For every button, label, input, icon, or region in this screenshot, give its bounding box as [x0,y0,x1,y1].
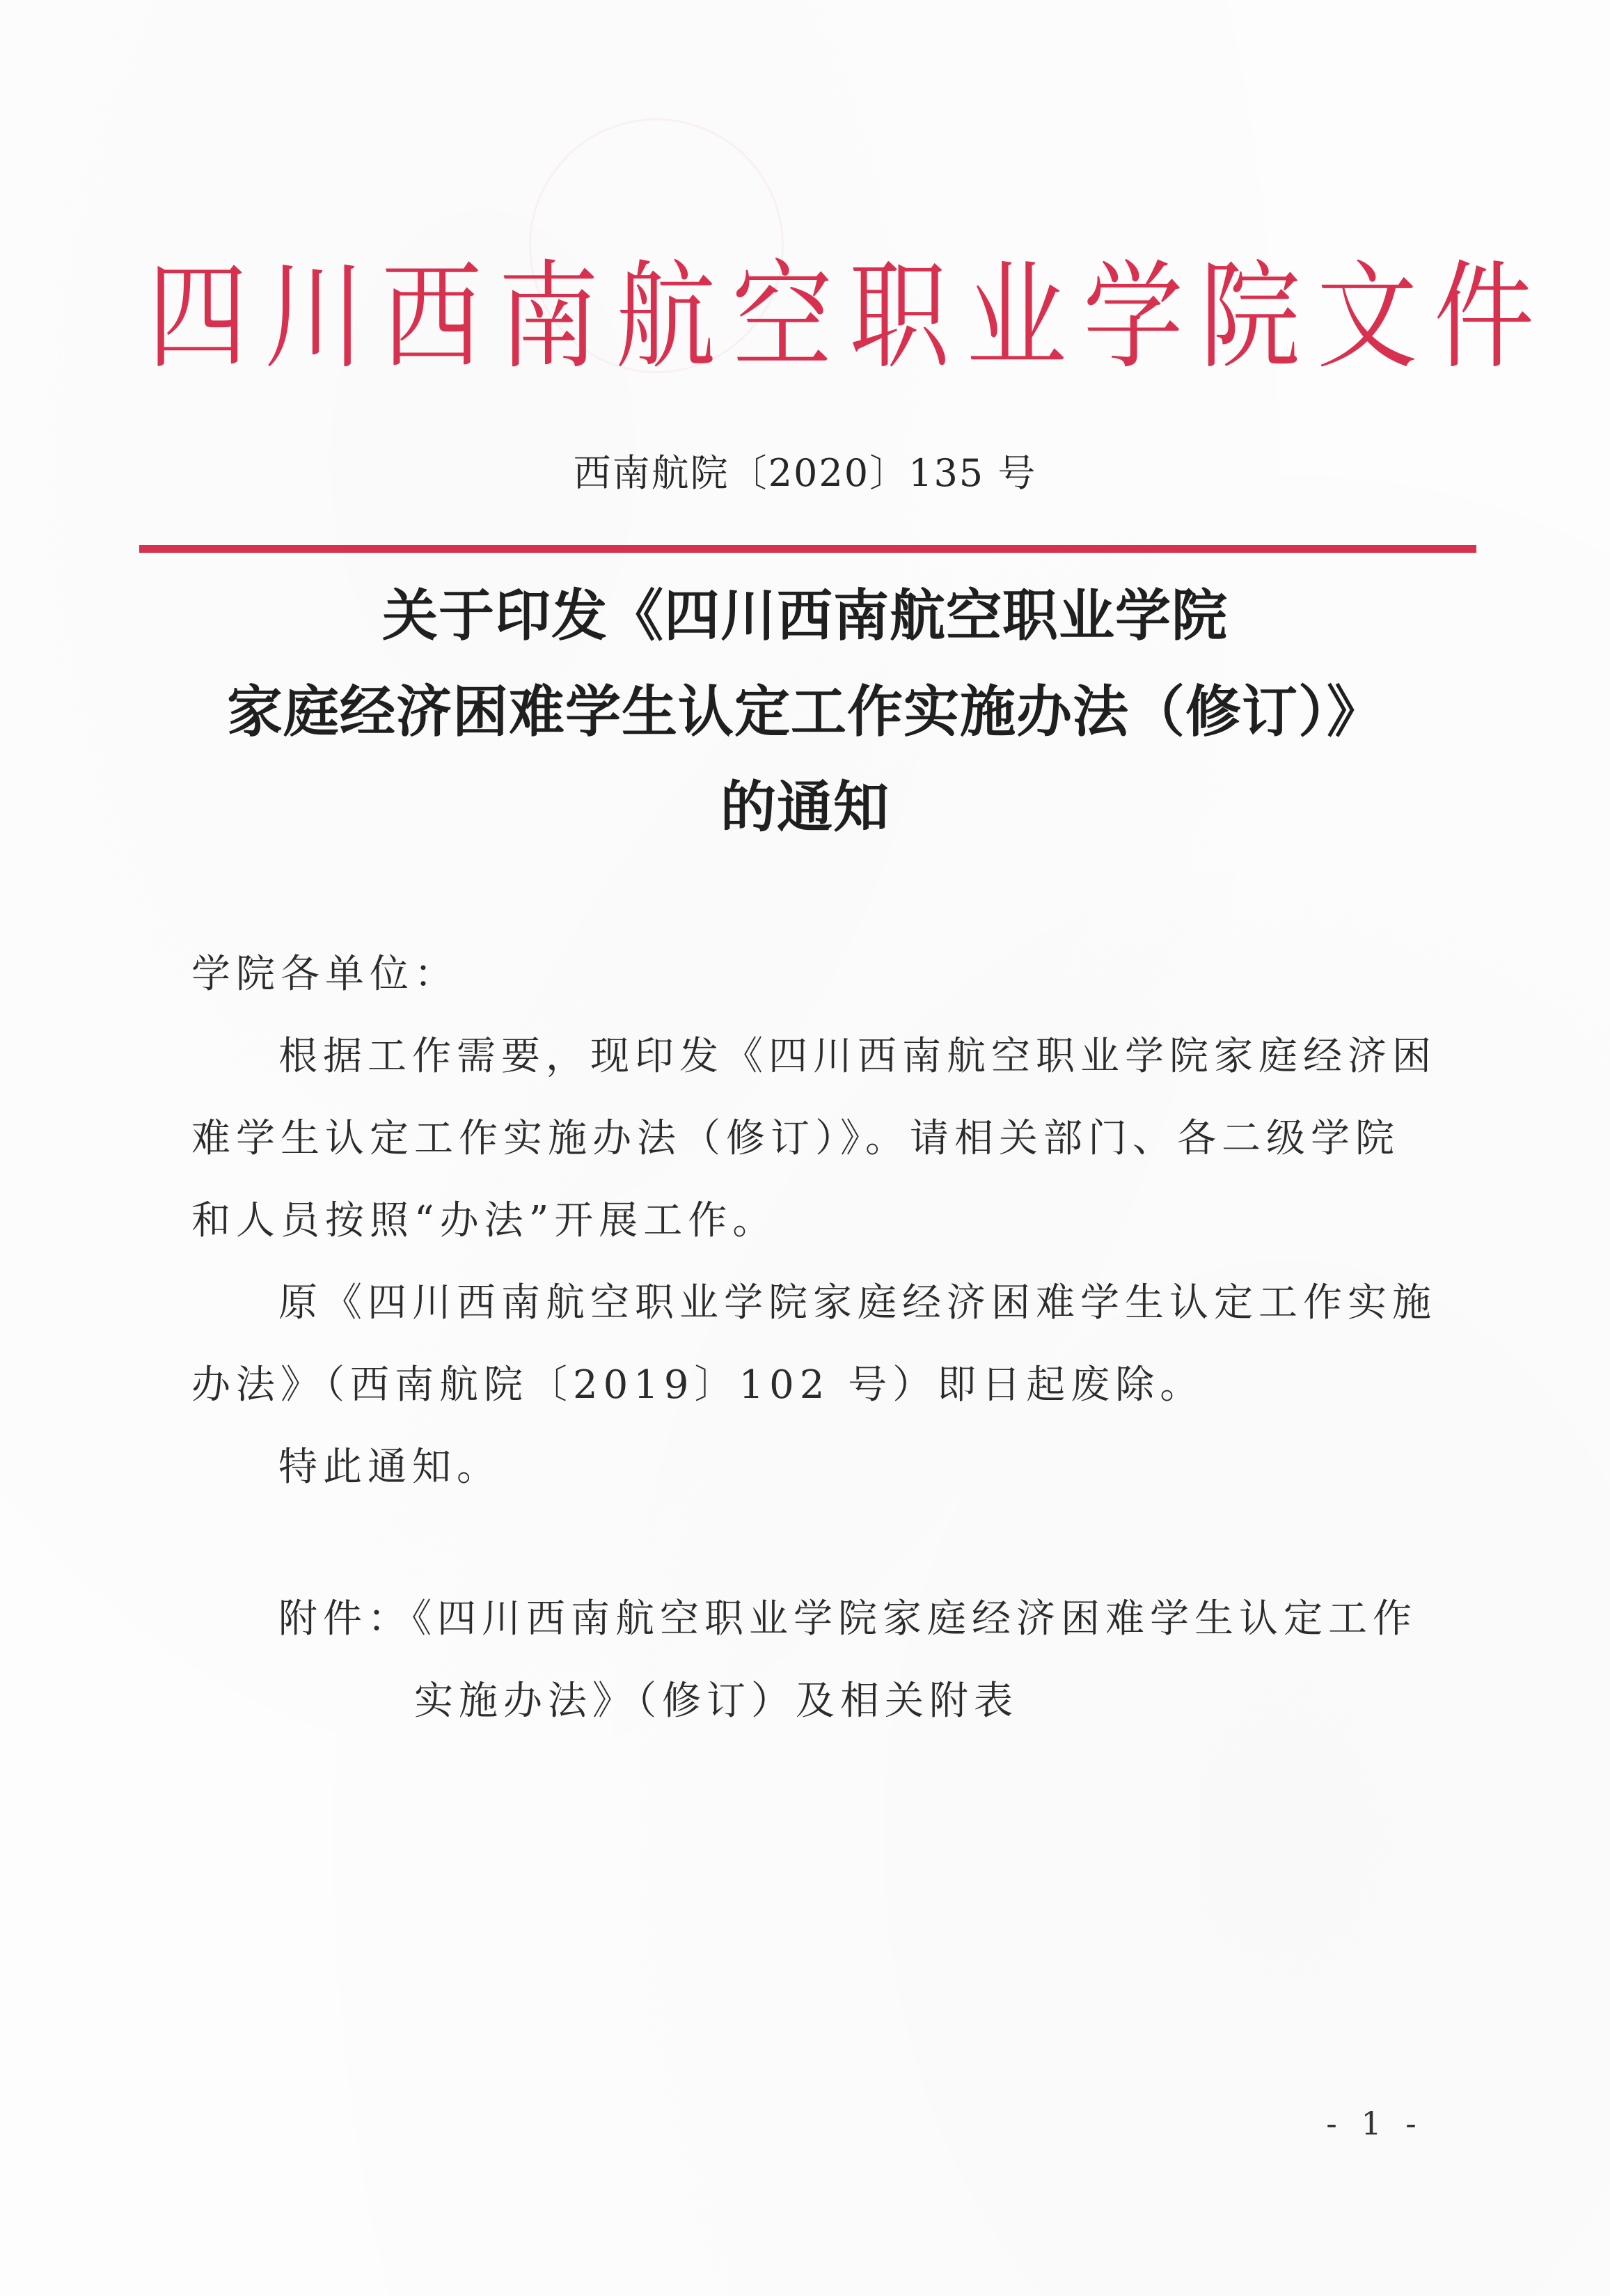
masthead-title: 四 川 西 南 航 空 职 业 学 院 文 件 [139,247,1479,386]
notice-title-line-1: 关于印发《四川西南航空职业学院 [0,578,1610,654]
masthead-char: 航 [615,247,716,386]
masthead-char: 职 [849,247,949,386]
masthead-char: 西 [381,247,482,386]
red-divider-rule [139,545,1476,553]
masthead-char: 文 [1317,247,1417,386]
masthead-char: 川 [265,247,365,386]
closing-line: 特此通知。 [278,1440,501,1495]
notice-title-line-2: 家庭经济困难学生认定工作实施办法（修订）》 [0,674,1610,750]
attachment-line-2: 实施办法》（修订）及相关附表 [414,1674,1018,1729]
notice-title-line-3: 的通知 [0,769,1610,846]
document-page: 四 川 西 南 航 空 职 业 学 院 文 件 西南航院〔2020〕135 号 … [0,0,1610,2296]
document-number: 西南航院〔2020〕135 号 [0,446,1610,501]
paragraph-1-line-2: 难学生认定工作实施办法（修订）》。请相关部门、各二级学院 [191,1111,1400,1167]
masthead-char: 业 [966,247,1066,386]
attachment-line-1: 附件：《四川西南航空职业学院家庭经济困难学生认定工作 [278,1591,1417,1647]
masthead-char: 南 [498,247,599,386]
paragraph-2-line-1: 原《四川西南航空职业学院家庭经济困难学生认定工作实施 [278,1275,1437,1331]
masthead-char: 空 [732,247,832,386]
paragraph-2-line-2: 办法》（西南航院〔2019〕102 号）即日起废除。 [191,1358,1204,1413]
masthead-char: 院 [1200,247,1300,386]
masthead-char: 学 [1083,247,1183,386]
salutation: 学院各单位： [191,947,459,1002]
masthead-char: 件 [1434,247,1534,386]
paragraph-1-line-1: 根据工作需要，现印发《四川西南航空职业学院家庭经济困 [278,1029,1437,1085]
masthead-char: 四 [148,247,248,386]
page-number: - 1 - [1319,2102,1430,2144]
paragraph-1-line-3: 和人员按照“办法”开展工作。 [191,1193,777,1249]
